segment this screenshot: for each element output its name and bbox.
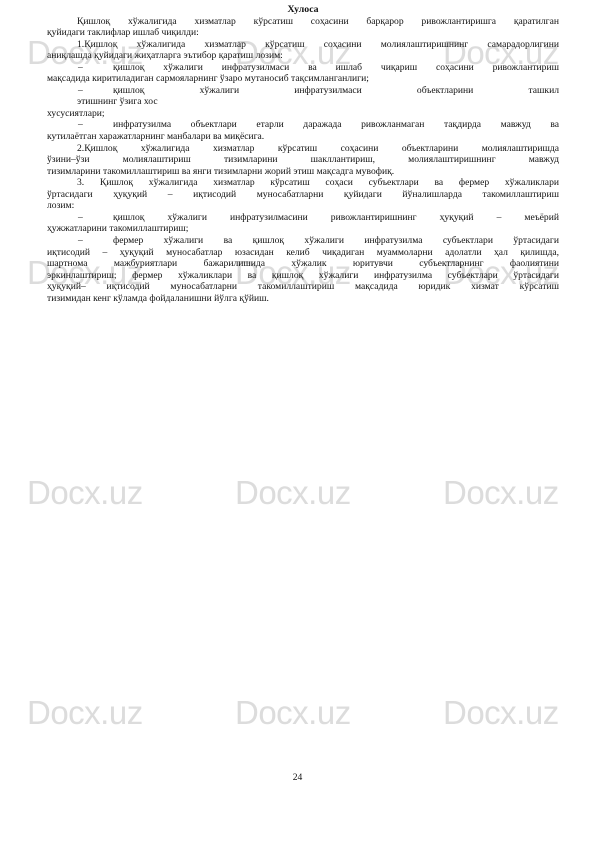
text-line: шартнома мажбуриятлари бажарилишида хўжа… — [47, 258, 559, 270]
text-line: –қишлоқ хўжалиги инфратузилмаси объектла… — [113, 85, 559, 97]
watermark-text: Docx.uz — [235, 696, 351, 729]
text-line: мақсадида киритиладиган сармояларнинг ўз… — [47, 73, 369, 85]
watermark-text: Docx.uz — [443, 696, 559, 729]
text-line: –фермер хўжалиги ва қишлоқ хўжалиги инфр… — [113, 235, 559, 247]
text-line: Қишлоқ хўжалигида хизматлар кўрсатиш соҳ… — [77, 16, 559, 28]
dash-bullet: – — [78, 235, 83, 247]
text-line: –қишлоқ хўжалиги инфратузилмасини ривожл… — [113, 212, 559, 224]
text-line: эркинлаштириш; фермер хўжаликлари ва қиш… — [47, 270, 559, 282]
dash-bullet: – — [78, 62, 83, 74]
watermark-text: Docx.uz — [27, 696, 143, 729]
text-line: ҳужжатларини такомиллаштириш; — [47, 223, 188, 235]
watermark-text: Docx.uz — [443, 476, 559, 509]
text-line: иқтисодий – ҳуқуқий муносабатлар юзасида… — [47, 247, 559, 259]
text-line: аниқлашда қуйидаги жиҳатларга эътибор қа… — [47, 50, 283, 62]
dash-bullet: – — [78, 212, 83, 224]
text-line: –қишлоқ хўжалиги инфратузилмаси ва ишлаб… — [113, 62, 559, 74]
text-line: этишнинг ўзига хос — [77, 96, 158, 108]
text-line: хусусиятлари; — [47, 108, 105, 120]
text-line: 1.Қишлоқ хўжалигида хизматлар кўрсатиш с… — [77, 39, 559, 51]
text-line: тизимидан кенг кўламда фойдаланишни йўлг… — [47, 293, 269, 305]
text-line: ўртасидаги ҳуқуқий – иқтисодий муносабат… — [47, 189, 559, 201]
text-line: ҳуқуқий– иқтисодий муносабатларни такоми… — [47, 281, 559, 293]
document-page: Docx.uzDocx.uzDocx.uzDocx.uzDocx.uzDocx.… — [0, 0, 595, 842]
text-line: кутилаётган харажатларнинг манбалари ва … — [47, 131, 264, 143]
dash-bullet: – — [78, 119, 83, 131]
text-line: 3. Қишлоқ хўжалигида хизматлар кўрсатиш … — [77, 177, 559, 189]
watermark-text: Docx.uz — [27, 476, 143, 509]
page-number: 24 — [0, 772, 595, 784]
text-line: тизимларини такомиллаштириш ва янги тизи… — [47, 166, 394, 178]
watermark-text: Docx.uz — [235, 476, 351, 509]
text-line: –инфратузилма объектлари етарли даражада… — [113, 119, 559, 131]
text-line: қуйидаги таклифлар ишлаб чиқилди: — [47, 27, 199, 39]
dash-bullet: – — [78, 85, 83, 97]
text-line: лозим: — [47, 200, 74, 212]
text-line: ўзини–ўзи молиялаштириш тизимларини шакл… — [47, 154, 559, 166]
text-line: 2.Қишлоқ хўжалигида хизматлар кўрсатиш с… — [77, 143, 559, 155]
